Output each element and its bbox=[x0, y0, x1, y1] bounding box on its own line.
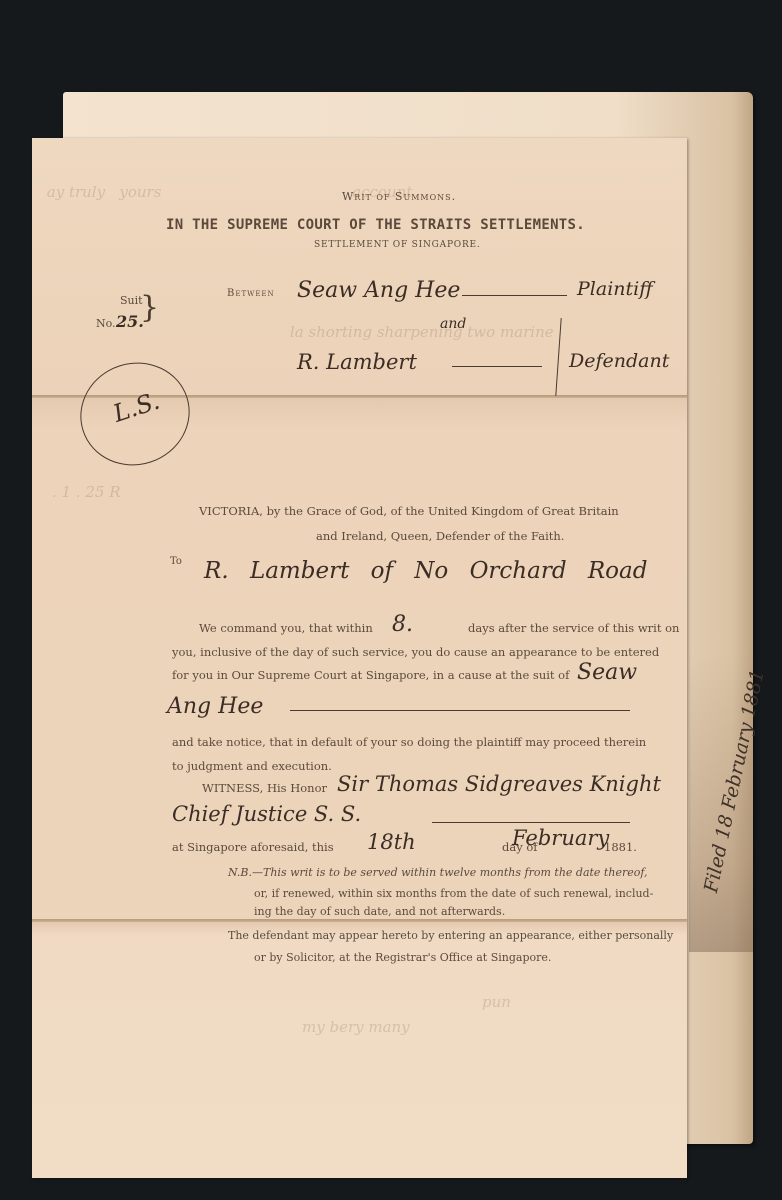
plaintiff-name: Seaw Ang Hee bbox=[297, 278, 460, 303]
writ-heading: Writ of Summons. bbox=[342, 190, 456, 203]
bleed-through-text: . 1 . 25 R bbox=[52, 483, 121, 501]
command-line-3: for you in Our Supreme Court at Singapor… bbox=[172, 668, 569, 682]
suit-of-plaintiff-a: Seaw bbox=[577, 660, 637, 685]
writ-document: ay truly yours account la shorting sharp… bbox=[32, 138, 687, 1178]
appearance-line-1: The defendant may appear hereto by enter… bbox=[228, 929, 673, 942]
between-label: Between bbox=[227, 288, 275, 299]
nb-line-2: or, if renewed, within six months from t… bbox=[254, 887, 653, 900]
settlement-title: SETTLEMENT OF SINGAPORE. bbox=[314, 240, 481, 250]
preamble-line-2: and Ireland, Queen, Defender of the Fait… bbox=[316, 529, 564, 543]
nb-line-3: ing the day of such date, and not afterw… bbox=[254, 905, 505, 918]
date-year: 1881. bbox=[604, 840, 637, 854]
command-line-1a: We command you, that within bbox=[199, 621, 373, 635]
bleed-through-text: pun bbox=[482, 993, 511, 1011]
notice-line-1: and take notice, that in default of your… bbox=[172, 735, 646, 749]
seal-text: L.S. bbox=[110, 387, 163, 428]
nb-line-1: N.B.—This writ is to be served within tw… bbox=[228, 866, 648, 879]
date-day: 18th bbox=[367, 830, 416, 854]
date-month: February bbox=[512, 826, 609, 850]
bleed-through-text: my bery many bbox=[302, 1018, 410, 1036]
days-value: 8. bbox=[392, 612, 413, 637]
fold-line bbox=[32, 919, 687, 922]
bleed-through-text: la shorting sharpening two marine bbox=[247, 323, 554, 341]
court-title: IN THE SUPREME COURT OF THE STRAITS SETT… bbox=[166, 217, 585, 233]
date-prefix: at Singapore aforesaid, this bbox=[172, 840, 334, 854]
rule bbox=[462, 295, 567, 296]
suit-no-label: No. bbox=[96, 317, 116, 330]
command-line-2: you, inclusive of the day of such servic… bbox=[172, 645, 659, 659]
defendant-name: R. Lambert bbox=[297, 350, 417, 374]
rule bbox=[452, 366, 542, 367]
witness-name-b: Chief Justice S. S. bbox=[172, 802, 361, 826]
and-word: and bbox=[440, 316, 466, 332]
witness-label: WITNESS, His Honor bbox=[202, 781, 327, 795]
rule bbox=[290, 710, 630, 711]
preamble-line-1: VICTORIA, by the Grace of God, of the Un… bbox=[199, 504, 619, 518]
brace: } bbox=[140, 290, 159, 325]
rule bbox=[432, 822, 630, 823]
addressee: R. Lambert of No Orchard Road bbox=[204, 558, 647, 584]
defendant-role: Defendant bbox=[569, 350, 669, 372]
appearance-line-2: or by Solicitor, at the Registrar's Offi… bbox=[254, 951, 551, 964]
witness-name-a: Sir Thomas Sidgreaves Knight bbox=[337, 772, 661, 796]
to-label: To bbox=[170, 556, 182, 567]
plaintiff-role: Plaintiff bbox=[577, 278, 653, 300]
command-line-1b: days after the service of this writ on bbox=[468, 621, 679, 635]
suit-of-plaintiff-b: Ang Hee bbox=[167, 694, 263, 719]
notice-line-2: to judgment and execution. bbox=[172, 759, 332, 773]
